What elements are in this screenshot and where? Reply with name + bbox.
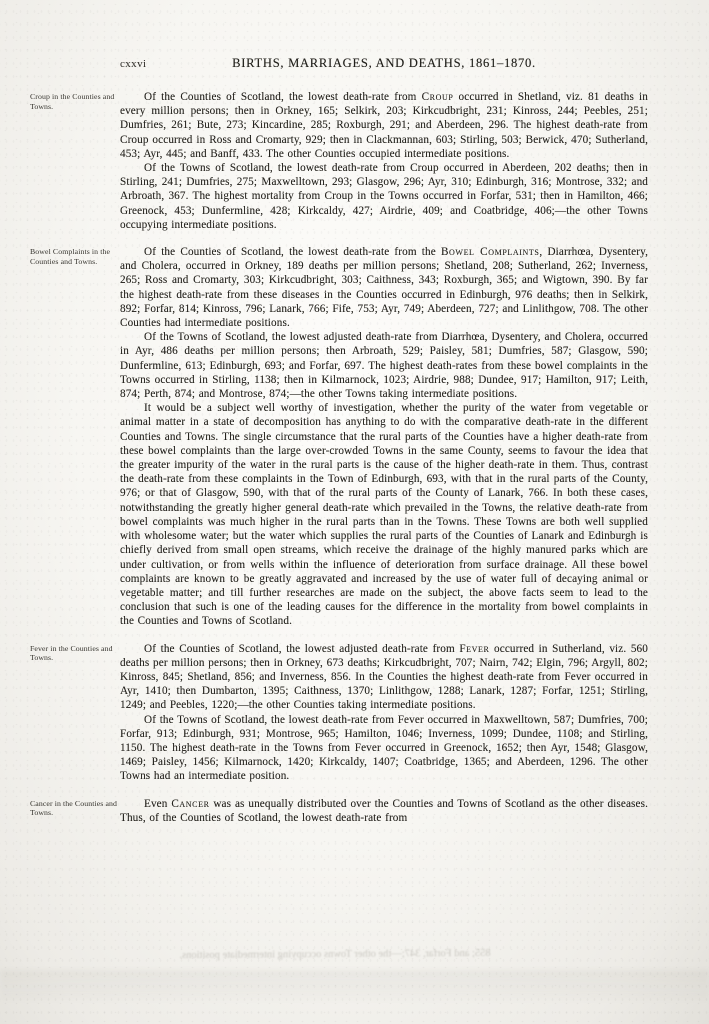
paragraph-text: Of the Towns of Scotland, the lowest dea… [120,162,648,231]
disease-term: Cancer [171,798,209,810]
paragraph-text: Of the Counties of Scotland, the lowest … [144,246,441,258]
margin-note: Fever in the Counties and Towns. [30,642,118,784]
paragraph: Even Cancer was as unequally distributed… [120,797,648,825]
paragraph-text: Of the Towns of Scotland, the lowest dea… [120,714,648,783]
document-page: cxxvi BIRTHS, MARRIAGES, AND DEATHS, 186… [0,0,709,1024]
text-section: Croup in the Counties and Towns. Of the … [30,90,648,232]
paragraph-text: Even [144,798,171,810]
bleedthrough-text: 855; and Forfar, 347;—the other Towns oc… [100,946,570,963]
text-section: Cancer in the Counties and Towns. Even C… [30,797,648,825]
margin-note: Cancer in the Counties and Towns. [30,797,118,825]
disease-term: Fever [459,643,489,655]
paragraph-text: Of the Towns of Scotland, the lowest adj… [120,331,648,400]
margin-note: Croup in the Counties and Towns. [30,90,118,232]
paragraph-text: Of the Counties of Scotland, the lowest … [144,91,422,103]
page-header: cxxvi BIRTHS, MARRIAGES, AND DEATHS, 186… [120,56,648,74]
text-section: Fever in the Counties and Towns. Of the … [30,642,648,784]
disease-term: Bowel Complaints [441,246,539,258]
paragraph-text: , Diarrhœa, Dysentery, and Cholera, occu… [120,246,648,329]
running-title: BIRTHS, MARRIAGES, AND DEATHS, 1861–1870… [120,56,648,71]
paragraph: Of the Towns of Scotland, the lowest adj… [120,330,648,401]
section-paragraphs: Of the Counties of Scotland, the lowest … [120,90,648,232]
paragraph: Of the Counties of Scotland, the lowest … [120,642,648,713]
text-section: Bowel Complaints in the Counties and Tow… [30,245,648,628]
paragraph-text: It would be a subject well worthy of inv… [120,402,648,627]
paragraph: Of the Towns of Scotland, the lowest dea… [120,161,648,232]
section-paragraphs: Of the Counties of Scotland, the lowest … [120,642,648,784]
paragraph: Of the Counties of Scotland, the lowest … [120,245,648,330]
margin-note: Bowel Complaints in the Counties and Tow… [30,245,118,628]
paragraph: Of the Towns of Scotland, the lowest dea… [120,713,648,784]
bleedthrough-line: 855; and Forfar, 347;—the other Towns oc… [100,946,570,963]
disease-term: Croup [422,91,454,103]
paragraph: Of the Counties of Scotland, the lowest … [120,90,648,161]
section-paragraphs: Of the Counties of Scotland, the lowest … [120,245,648,628]
paragraph: It would be a subject well worthy of inv… [120,401,648,628]
paragraph-text: Of the Counties of Scotland, the lowest … [144,643,459,655]
page-body: Croup in the Counties and Towns. Of the … [30,90,648,825]
section-paragraphs: Even Cancer was as unequally distributed… [120,797,648,825]
folio-number: cxxvi [120,58,146,70]
